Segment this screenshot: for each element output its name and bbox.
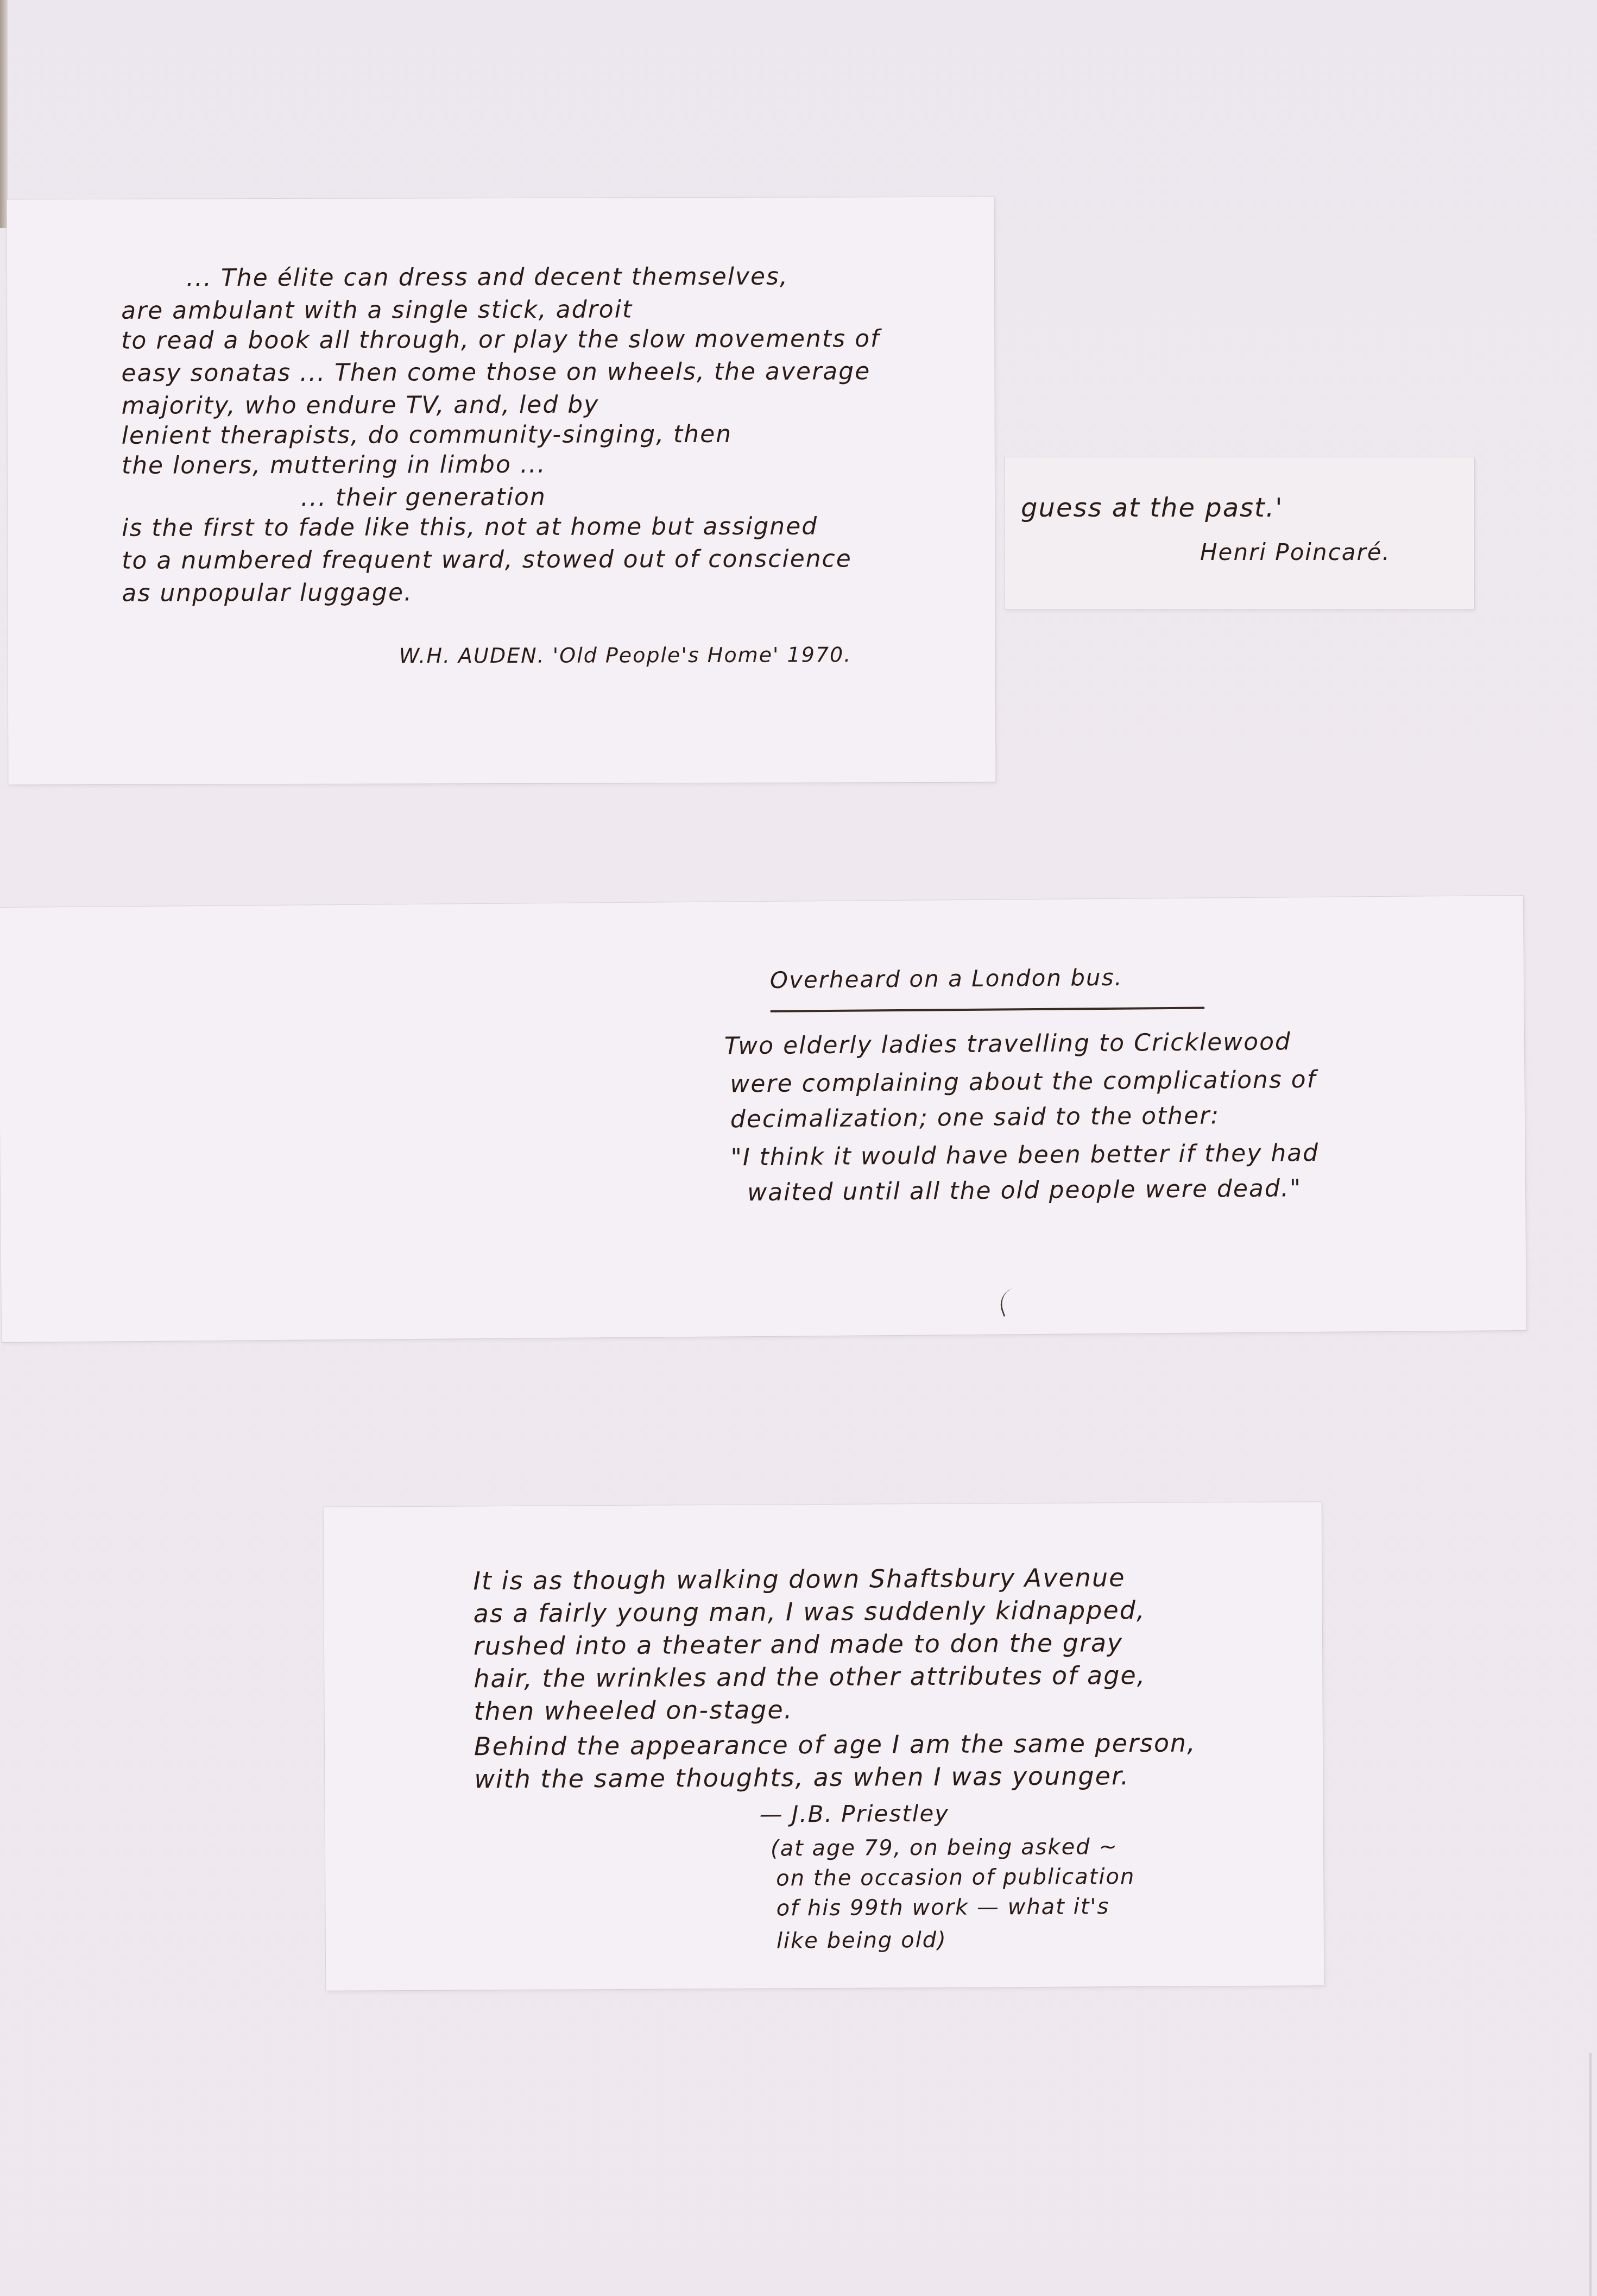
london-bus-slip: Overheard on a London bus. Two elderly l… xyxy=(0,896,1526,1342)
auden-line: lenient therapists, do community-singing… xyxy=(122,420,733,450)
priestley-line: then wheeled on-stage. xyxy=(474,1695,793,1726)
priestley-line: with the same thoughts, as when I was yo… xyxy=(474,1761,1129,1794)
priestley-line: hair, the wrinkles and the other attribu… xyxy=(474,1660,1146,1693)
auden-line: ... The élite can dress and decent thems… xyxy=(186,263,788,292)
bus-line: "I think it would have been better if th… xyxy=(730,1139,1319,1172)
auden-line: to a numbered frequent ward, stowed out … xyxy=(122,545,852,575)
priestley-context-line: on the occasion of publication xyxy=(776,1864,1135,1891)
auden-line: easy sonatas ... Then come those on whee… xyxy=(121,357,870,387)
poincare-attribution: Henri Poincaré. xyxy=(1200,539,1391,565)
auden-line: the loners, muttering in limbo ... xyxy=(122,451,546,480)
auden-quote-slip: ... The élite can dress and decent thems… xyxy=(7,197,996,785)
priestley-line: as a fairly young man, I was suddenly ki… xyxy=(474,1595,1146,1628)
priestley-context-line: (at age 79, on being asked ~ xyxy=(771,1834,1118,1861)
auden-line: ... their generation xyxy=(301,483,546,512)
scrapbook-page: ... The élite can dress and decent thems… xyxy=(0,0,1597,2296)
bus-title: Overheard on a London bus. xyxy=(770,964,1123,993)
auden-line: to read a book all through, or play the … xyxy=(121,325,880,355)
auden-line: is the first to fade like this, not at h… xyxy=(122,512,818,542)
priestley-context-line: of his 99th work — what it's xyxy=(776,1894,1109,1921)
priestley-line: It is as though walking down Shaftsbury … xyxy=(473,1563,1125,1595)
bus-line: Two elderly ladies travelling to Crickle… xyxy=(724,1028,1291,1060)
poincare-quote-fragment: guess at the past.' xyxy=(1021,493,1283,523)
auden-line: are ambulant with a single stick, adroit xyxy=(121,295,633,324)
bus-line: decimalization; one said to the other: xyxy=(730,1102,1220,1133)
auden-line: as unpopular luggage. xyxy=(122,578,413,607)
priestley-quote-slip: It is as though walking down Shaftsbury … xyxy=(324,1502,1324,1991)
auden-line: majority, who endure TV, and, led by xyxy=(122,391,599,420)
title-underline xyxy=(770,1007,1204,1012)
board-torn-edge xyxy=(0,0,8,228)
priestley-context-line: like being old) xyxy=(777,1928,947,1954)
board-edge-right xyxy=(1589,2053,1592,2296)
auden-attribution: W.H. AUDEN. 'Old People's Home' 1970. xyxy=(399,643,852,668)
priestley-attribution: — J.B. Priestley xyxy=(760,1800,950,1828)
poincare-quote-slip: guess at the past.' Henri Poincaré. xyxy=(1005,457,1474,609)
priestley-line: rushed into a theater and made to don th… xyxy=(474,1628,1123,1660)
bus-line: waited until all the old people were dea… xyxy=(747,1174,1302,1206)
priestley-line: Behind the appearance of age I am the sa… xyxy=(474,1728,1196,1761)
bus-line: were complaining about the complications… xyxy=(730,1066,1316,1098)
